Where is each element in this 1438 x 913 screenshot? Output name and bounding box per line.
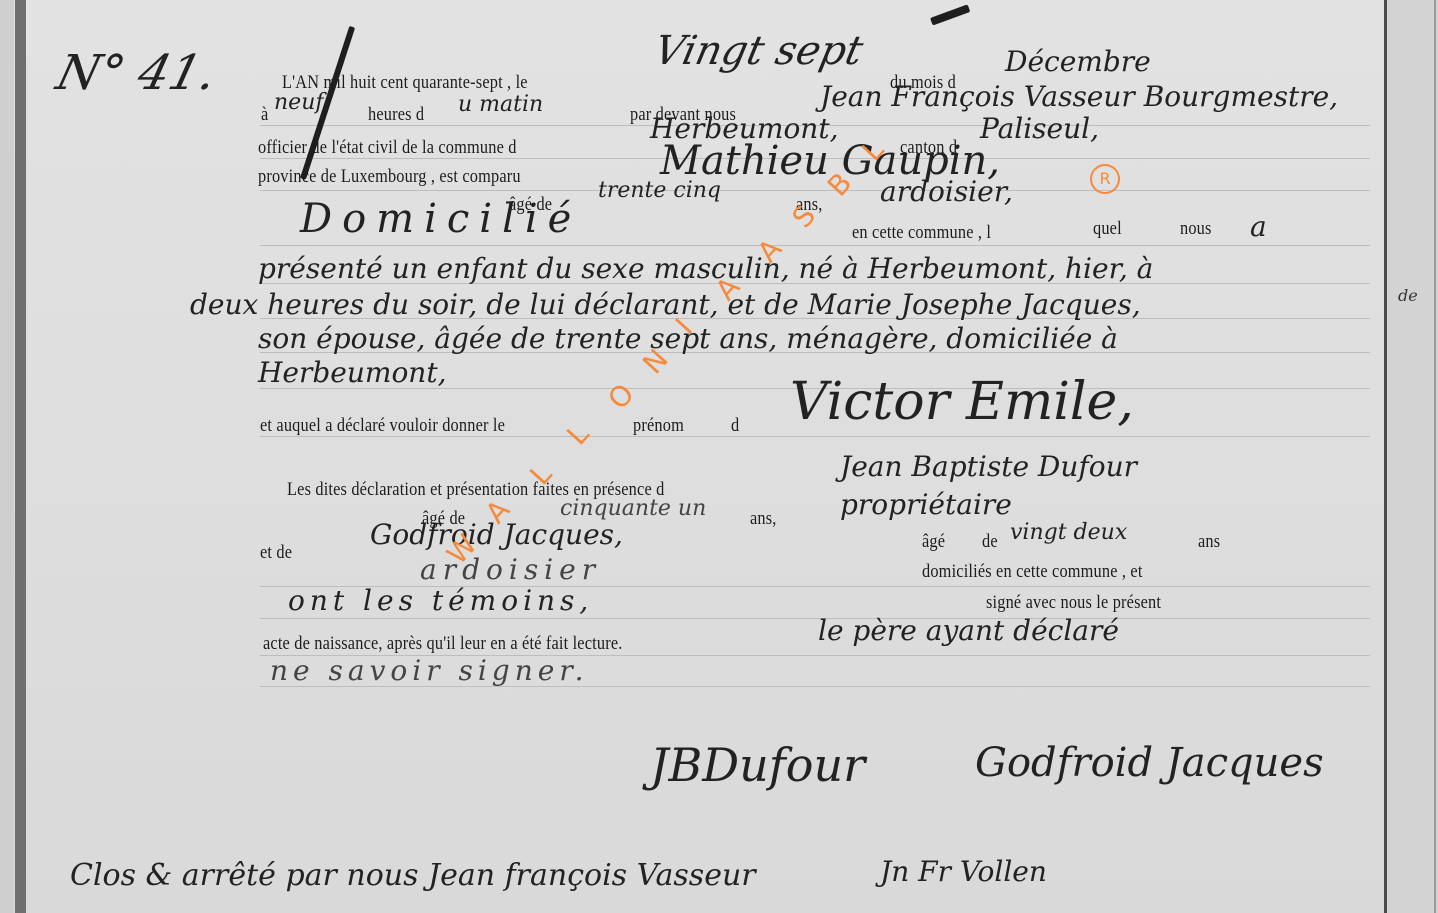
handwritten-closing: Clos & arrêté par nous Jean françois Vas…: [70, 858, 756, 893]
handwritten-presentation-line1: présenté un enfant du sexe masculin, né …: [258, 252, 1153, 285]
printed-reading-line: acte de naissance, après qu'il leur en a…: [263, 633, 623, 655]
handwritten-child-name: Victor Emile,: [790, 372, 1134, 432]
handwritten-presentation-line4: Herbeumont,: [258, 356, 447, 389]
handwritten-day: Vingt sept: [650, 28, 867, 74]
handwritten-father-note: le père ayant déclaré: [818, 614, 1119, 647]
printed-witness2-age-label: âgé: [922, 531, 945, 553]
pen-stroke: [930, 4, 970, 25]
printed-officer-line: officier de l'état civil de la commune d: [258, 137, 517, 159]
printed-de-label: d: [731, 415, 739, 437]
registered-mark-icon: R: [1090, 164, 1120, 194]
printed-a: à: [261, 104, 268, 126]
handwritten-hour: neuf: [274, 90, 324, 115]
printed-quel: quel: [1093, 218, 1122, 240]
page-edge: [1434, 0, 1436, 913]
binding-margin-rule: [15, 0, 26, 913]
printed-signed-line: signé avec nous le présent: [986, 592, 1161, 614]
handwritten-time-of-day: u matin: [458, 92, 543, 117]
signature-officer: Jn Fr Vollen: [880, 855, 1047, 888]
printed-witness1-years: ans,: [750, 508, 777, 530]
handwritten-domicile: Domicilié: [300, 196, 581, 242]
handwritten-witness-phrase: ont les témoins,: [288, 584, 593, 617]
signature-witness1: JBDufour: [650, 738, 865, 792]
handwritten-month: Décembre: [1005, 45, 1151, 78]
handwritten-witness1-name: Jean Baptiste Dufour: [840, 450, 1137, 483]
act-number: N° 41.: [51, 45, 223, 101]
handwritten-father-note-2: ne savoir signer.: [270, 654, 589, 687]
printed-hours-label: heures d: [368, 104, 424, 126]
next-page-edge: [1387, 0, 1438, 913]
handwritten-presentation-line2: deux heures du soir, de lui déclarant, e…: [190, 288, 1141, 321]
printed-commune-line: en cette commune , l: [852, 222, 991, 244]
ruled-line: [260, 190, 1370, 191]
handwritten-witness2-profession: ardoisier: [420, 553, 601, 586]
handwritten-declarant-age: trente cinq: [598, 178, 721, 203]
ruled-line: [260, 245, 1370, 246]
handwritten-witness2-age: vingt deux: [1010, 520, 1127, 545]
printed-and-of: et de: [260, 542, 292, 564]
printed-witness2-de: de: [982, 531, 998, 553]
handwritten-officer: Jean François Vasseur Bourgmestre,: [820, 80, 1338, 113]
margin-note-right: de: [1398, 286, 1418, 305]
signature-witness2: Godfroid Jacques: [975, 740, 1324, 786]
printed-province-line: province de Luxembourg , est comparu: [258, 166, 521, 188]
watermark-letter: O: [601, 377, 640, 415]
civil-register-page: N° 41. L'AN mil huit cent quarante-sept …: [0, 0, 1438, 913]
handwritten-witness1-profession: propriétaire: [840, 488, 1012, 521]
handwritten-profession: ardoisier,: [880, 175, 1013, 208]
printed-nous: nous: [1180, 218, 1212, 240]
handwritten-declaration-suffix: a: [1250, 210, 1267, 243]
printed-witness2-years: ans: [1198, 531, 1220, 553]
printed-prenom-line: et auquel a déclaré vouloir donner le: [260, 415, 505, 437]
printed-domiciled-line: domiciliés en cette commune , et: [922, 561, 1143, 583]
previous-page-edge: [0, 0, 14, 913]
printed-prenom-label: prénom: [633, 415, 684, 437]
watermark-letter: L: [560, 418, 595, 452]
ruled-line: [260, 618, 1370, 619]
